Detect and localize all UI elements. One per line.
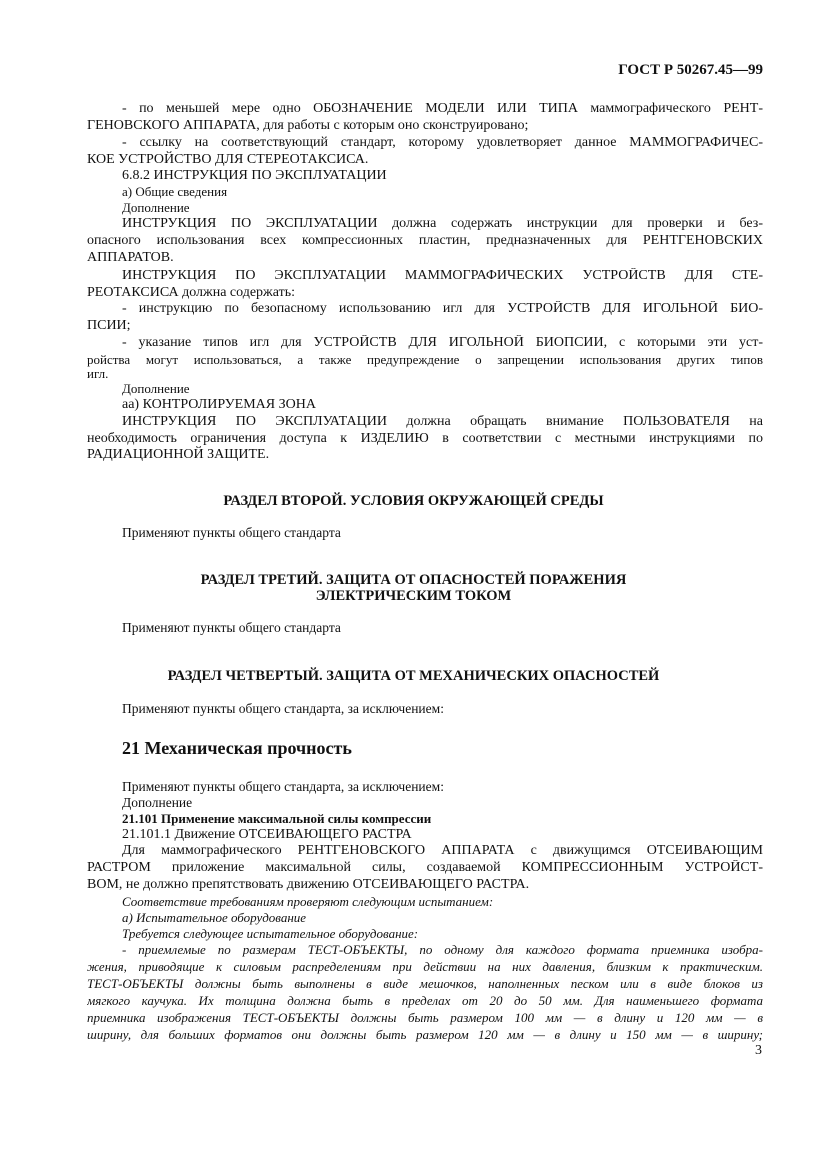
paragraph-line: - приемлемые по размерам ТЕСТ-ОБЪЕКТЫ, п… bbox=[87, 942, 763, 958]
paragraph-line: РАСТРОМ приложение максимальной силы, со… bbox=[87, 860, 763, 876]
section-text: Применяют пункты общего стандарта, за ис… bbox=[122, 701, 444, 717]
paragraph-line: ПСИИ; bbox=[87, 318, 131, 334]
paragraph-line: КОЕ УСТРОЙСТВО ДЛЯ СТЕРЕОТАКСИСА. bbox=[87, 152, 368, 168]
addition-label: Дополнение bbox=[122, 381, 190, 397]
clause-heading: 21 Механическая прочность bbox=[122, 740, 352, 756]
paragraph-line: приемника изображения ТЕСТ-ОБЪЕКТЫ должн… bbox=[87, 1010, 763, 1026]
paragraph-line: - ссылку на соответствующий стандарт, ко… bbox=[87, 135, 763, 151]
paragraph-line: - указание типов игл для УСТРОЙСТВ ДЛЯ И… bbox=[87, 335, 763, 351]
paragraph-line: ТЕСТ-ОБЪЕКТЫ должны быть выполнены в вид… bbox=[87, 976, 763, 992]
paragraph-line: Требуется следующее испытательное оборуд… bbox=[122, 926, 418, 942]
paragraph-line: ВОМ, не должно препятствовать движению О… bbox=[87, 877, 529, 893]
section-title: РАЗДЕЛ ВТОРОЙ. УСЛОВИЯ ОКРУЖАЮЩЕЙ СРЕДЫ bbox=[0, 493, 827, 510]
document-code-header: ГОСТ Р 50267.45—99 bbox=[618, 62, 763, 79]
section-title: РАЗДЕЛ ЧЕТВЕРТЫЙ. ЗАЩИТА ОТ МЕХАНИЧЕСКИХ… bbox=[0, 668, 827, 685]
subclause-heading: 21.101 Применение максимальной силы комп… bbox=[122, 811, 431, 827]
paragraph-line: а) Испытательное оборудование bbox=[122, 910, 306, 926]
clause-heading: 6.8.2 ИНСТРУКЦИЯ ПО ЭКСПЛУАТАЦИИ bbox=[122, 168, 387, 184]
paragraph-line: - инструкцию по безопасному использовани… bbox=[87, 301, 763, 317]
paragraph-line: ИНСТРУКЦИЯ ПО ЭКСПЛУАТАЦИИ должна обраща… bbox=[87, 414, 763, 430]
paragraph-line: игл. bbox=[87, 366, 108, 382]
section-text: Применяют пункты общего стандарта bbox=[122, 620, 341, 636]
subclause-heading: 21.101.1 Движение ОТСЕИВАЮЩЕГО РАСТРА bbox=[122, 827, 412, 843]
page-number: 3 bbox=[755, 1043, 762, 1059]
paragraph-line: ройства могут использоваться, а также пр… bbox=[87, 352, 763, 368]
addition-label: Дополнение bbox=[122, 200, 190, 216]
paragraph-line: - по меньшей мере одно ОБОЗНАЧЕНИЕ МОДЕЛ… bbox=[87, 101, 763, 117]
paragraph-line: РАДИАЦИОННОЙ ЗАЩИТЕ. bbox=[87, 447, 269, 463]
paragraph-line: РЕОТАКСИСА должна содержать: bbox=[87, 285, 295, 301]
paragraph-line: Соответствие требованиям проверяют следу… bbox=[122, 894, 493, 910]
paragraph-line: ГЕНОВСКОГО АППАРАТА, для работы с которы… bbox=[87, 118, 528, 134]
paragraph-line: Применяют пункты общего стандарта, за ис… bbox=[122, 779, 444, 795]
addition-label: Дополнение bbox=[122, 795, 192, 811]
subheading: аа) КОНТРОЛИРУЕМАЯ ЗОНА bbox=[122, 397, 316, 413]
paragraph-line: ИНСТРУКЦИЯ ПО ЭКСПЛУАТАЦИИ должна содерж… bbox=[87, 216, 763, 232]
paragraph-line: мягкого каучука. Их толщина должна быть … bbox=[87, 993, 763, 1009]
subheading: а) Общие сведения bbox=[122, 184, 227, 200]
paragraph-line: жения, приводящие к силовым распределени… bbox=[87, 959, 763, 975]
paragraph-line: Для маммографического РЕНТГЕНОВСКОГО АПП… bbox=[87, 843, 763, 859]
section-title: ЭЛЕКТРИЧЕСКИМ ТОКОМ bbox=[0, 588, 827, 605]
paragraph-line: опасного использования всех компрессионн… bbox=[87, 233, 763, 249]
paragraph-line: необходимость ограничения доступа к ИЗДЕ… bbox=[87, 431, 763, 447]
paragraph-line: ширину, для больших форматов они должны … bbox=[87, 1027, 763, 1043]
section-text: Применяют пункты общего стандарта bbox=[122, 525, 341, 541]
paragraph-line: ИНСТРУКЦИЯ ПО ЭКСПЛУАТАЦИИ МАММОГРАФИЧЕС… bbox=[87, 268, 763, 284]
section-title: РАЗДЕЛ ТРЕТИЙ. ЗАЩИТА ОТ ОПАСНОСТЕЙ ПОРА… bbox=[0, 572, 827, 589]
paragraph-line: АППАРАТОВ. bbox=[87, 250, 174, 266]
